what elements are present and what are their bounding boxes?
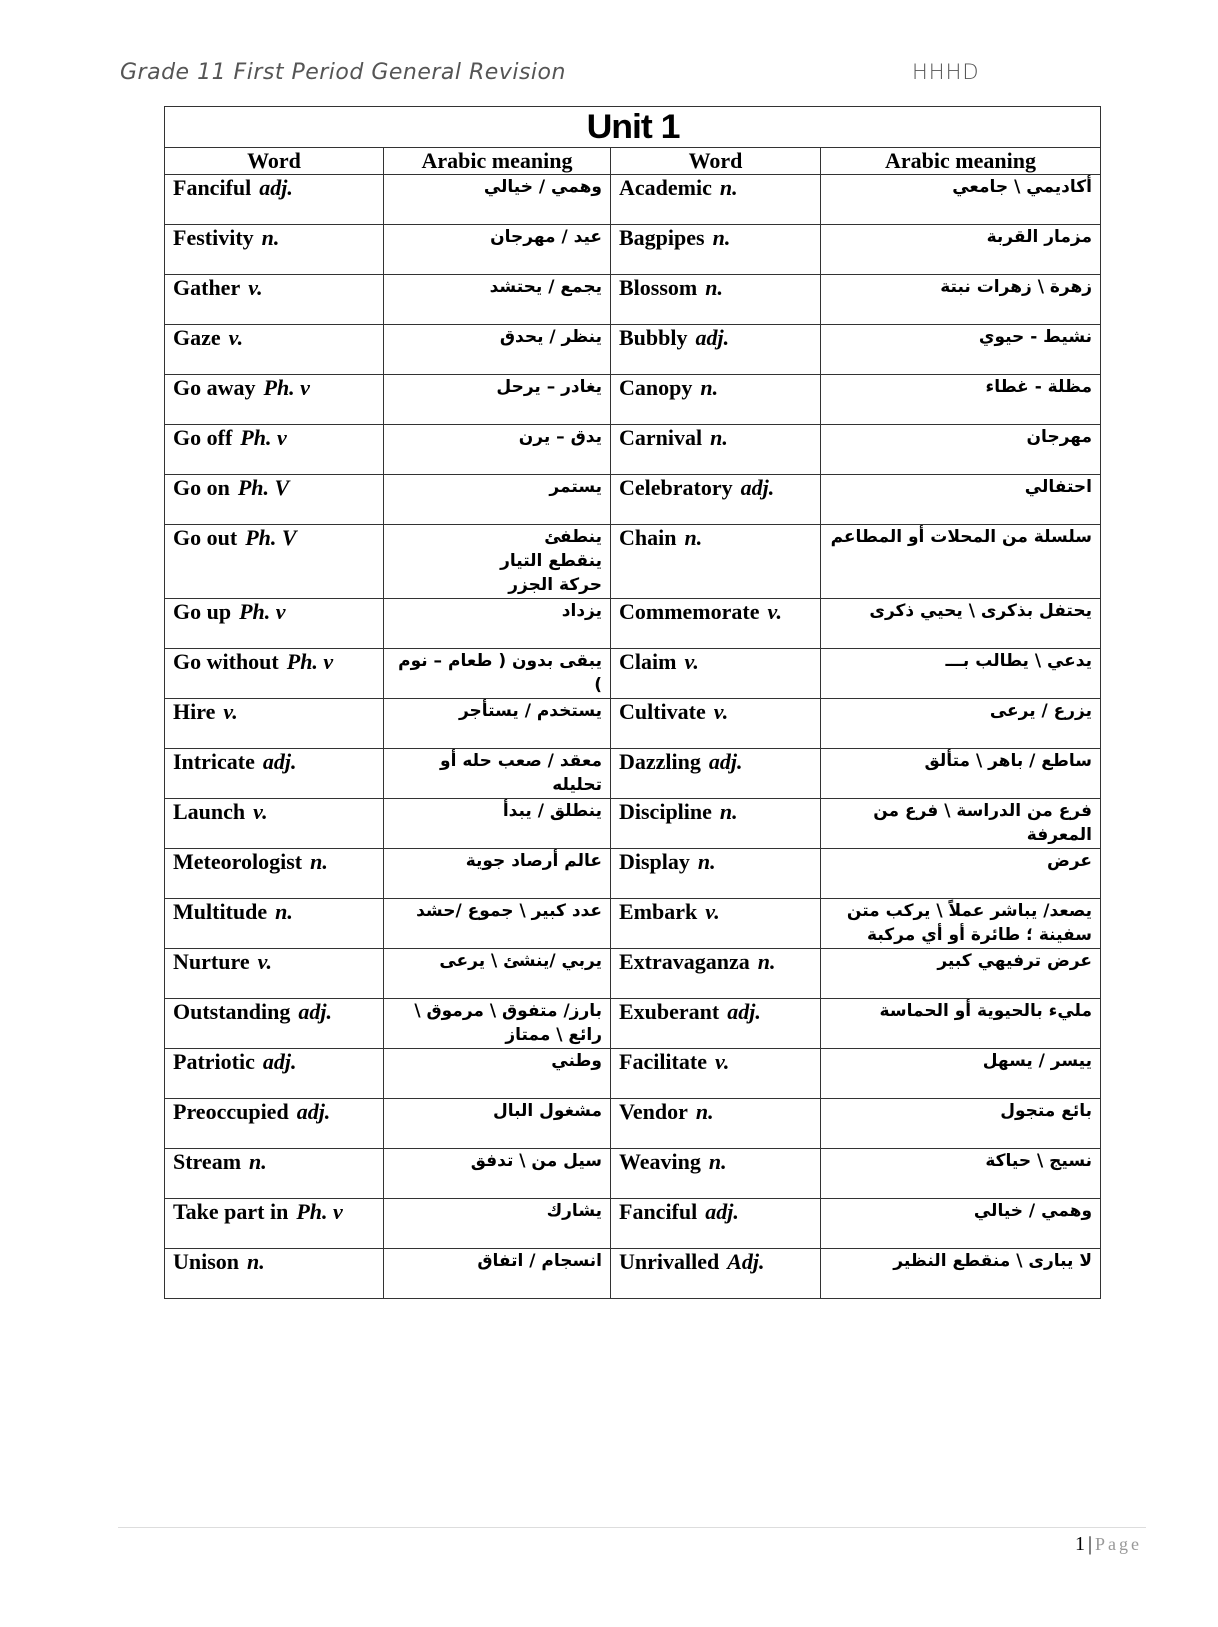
table-row: Patrioticadj.وطنيFacilitatev.ييسر / يسهل — [165, 1049, 1101, 1099]
part-of-speech: Ph. v — [239, 599, 285, 624]
english-word: Celebratory — [619, 475, 733, 500]
arabic-meaning-cell: احتفالي — [821, 475, 1101, 525]
word-cell: Take part inPh. v — [165, 1199, 384, 1249]
table-row: Intricateadj.معقد / صعب حله أو تحليلهDaz… — [165, 749, 1101, 799]
word-cell: Streamn. — [165, 1149, 384, 1199]
english-word: Patriotic — [173, 1049, 255, 1074]
english-word: Go on — [173, 475, 230, 500]
english-word: Blossom — [619, 275, 697, 300]
arabic-meaning-cell: عيد / مهرجان — [384, 225, 611, 275]
arabic-meaning-cell: سلسلة من المحلات أو المطاعم — [821, 525, 1101, 599]
english-word: Weaving — [619, 1149, 701, 1174]
part-of-speech: Ph. V — [238, 475, 289, 500]
english-word: Go off — [173, 425, 232, 450]
table-row: Unisonn.انسجام / اتفاقUnrivalledAdj.لا ي… — [165, 1249, 1101, 1299]
arabic-meaning-cell: بارز/ متفوق \ مرموق \ رائع \ ممتاز — [384, 999, 611, 1049]
english-word: Dazzling — [619, 749, 701, 774]
part-of-speech: v. — [253, 799, 267, 824]
word-cell: Chainn. — [611, 525, 821, 599]
vocabulary-table: Unit 1 Word Arabic meaning Word Arabic m… — [164, 106, 1101, 1299]
word-cell: Dazzlingadj. — [611, 749, 821, 799]
part-of-speech: v. — [229, 325, 243, 350]
word-cell: Multituden. — [165, 899, 384, 949]
arabic-meaning-cell: يدعي \ يطالب بـــ — [821, 649, 1101, 699]
part-of-speech: adj. — [696, 325, 730, 350]
arabic-meaning-cell: لا يبارى \ منقطع النظير — [821, 1249, 1101, 1299]
table-row: Go withoutPh. vيبقى بدون ( طعام – نوم )C… — [165, 649, 1101, 699]
arabic-meaning-cell: ساطع / باهر \ متألق — [821, 749, 1101, 799]
table-row: Go awayPh. vيغادر – يرحلCanopyn.مظلة - غ… — [165, 375, 1101, 425]
english-word: Academic — [619, 175, 712, 200]
english-word: Hire — [173, 699, 215, 724]
part-of-speech: n. — [709, 1149, 727, 1174]
word-cell: Go onPh. V — [165, 475, 384, 525]
word-cell: Gazev. — [165, 325, 384, 375]
word-cell: Academicn. — [611, 175, 821, 225]
part-of-speech: n. — [275, 899, 293, 924]
english-word: Stream — [173, 1149, 241, 1174]
english-word: Vendor — [619, 1099, 688, 1124]
table-row: Preoccupiedadj.مشغول البالVendorn.بائع م… — [165, 1099, 1101, 1149]
table-row: Take part inPh. vيشاركFancifuladj.وهمي /… — [165, 1199, 1101, 1249]
word-cell: Outstandingadj. — [165, 999, 384, 1049]
part-of-speech: v. — [768, 599, 782, 624]
arabic-meaning-cell: سيل من \ تدفق — [384, 1149, 611, 1199]
part-of-speech: n. — [262, 225, 280, 250]
english-word: Canopy — [619, 375, 692, 400]
arabic-meaning-cell: عالم أرصاد جوية — [384, 849, 611, 899]
word-cell: Go awayPh. v — [165, 375, 384, 425]
arabic-meaning-cell: عرض ترفيهي كبير — [821, 949, 1101, 999]
word-cell: Festivityn. — [165, 225, 384, 275]
table-row: Hirev.يستخدم / يستأجرCultivatev.يزرع / ي… — [165, 699, 1101, 749]
word-cell: Go outPh. V — [165, 525, 384, 599]
english-word: Festivity — [173, 225, 254, 250]
footer-divider — [118, 1527, 1146, 1528]
english-word: Gaze — [173, 325, 221, 350]
part-of-speech: v. — [714, 699, 728, 724]
part-of-speech: adj. — [259, 175, 293, 200]
part-of-speech: Ph. v — [296, 1199, 342, 1224]
arabic-meaning-cell: يزداد — [384, 599, 611, 649]
table-row: Gazev.ينظر / يحدقBubblyadj.نشيط - حيوي — [165, 325, 1101, 375]
word-cell: Launchv. — [165, 799, 384, 849]
english-word: Claim — [619, 649, 676, 674]
arabic-meaning-cell: ينظر / يحدق — [384, 325, 611, 375]
english-word: Go out — [173, 525, 237, 550]
arabic-meaning-cell: مشغول البال — [384, 1099, 611, 1149]
arabic-meaning-cell: معقد / صعب حله أو تحليله — [384, 749, 611, 799]
part-of-speech: adj. — [727, 999, 761, 1024]
arabic-meaning-cell: نشيط - حيوي — [821, 325, 1101, 375]
arabic-meaning-cell: مزمار القربة — [821, 225, 1101, 275]
english-word: Commemorate — [619, 599, 760, 624]
arabic-meaning-cell: يدق – يرن — [384, 425, 611, 475]
word-cell: Canopyn. — [611, 375, 821, 425]
part-of-speech: n. — [698, 849, 716, 874]
page-number: 1 — [1075, 1533, 1085, 1555]
arabic-meaning-cell: أكاديمي \ جامعي — [821, 175, 1101, 225]
part-of-speech: n. — [247, 1249, 265, 1274]
english-word: Launch — [173, 799, 245, 824]
arabic-meaning-cell: يغادر – يرحل — [384, 375, 611, 425]
table-row: Meteorologistn.عالم أرصاد جويةDisplayn.ع… — [165, 849, 1101, 899]
part-of-speech: n. — [720, 175, 738, 200]
table-row: Go onPh. VيستمرCelebratoryadj.احتفالي — [165, 475, 1101, 525]
part-of-speech: v. — [258, 949, 272, 974]
english-word: Facilitate — [619, 1049, 707, 1074]
page-footer: 1|Page — [1075, 1533, 1142, 1556]
word-cell: Nurturev. — [165, 949, 384, 999]
word-cell: UnrivalledAdj. — [611, 1249, 821, 1299]
table-row: Festivityn.عيد / مهرجانBagpipesn.مزمار ا… — [165, 225, 1101, 275]
author-initials: HHHD — [912, 60, 980, 84]
word-cell: Patrioticadj. — [165, 1049, 384, 1099]
english-word: Bubbly — [619, 325, 688, 350]
arabic-meaning-cell: يبقى بدون ( طعام – نوم ) — [384, 649, 611, 699]
word-cell: Displayn. — [611, 849, 821, 899]
english-word: Discipline — [619, 799, 712, 824]
part-of-speech: n. — [710, 425, 728, 450]
arabic-meaning-cell: مظلة - غطاء — [821, 375, 1101, 425]
part-of-speech: n. — [684, 525, 702, 550]
document-title: Grade 11 First Period General Revision — [120, 60, 566, 85]
table-row: Go offPh. vيدق – يرنCarnivaln.مهرجان — [165, 425, 1101, 475]
word-cell: Fancifuladj. — [611, 1199, 821, 1249]
part-of-speech: n. — [720, 799, 738, 824]
part-of-speech: n. — [696, 1099, 714, 1124]
arabic-meaning-cell: ييسر / يسهل — [821, 1049, 1101, 1099]
arabic-meaning-cell: مهرجان — [821, 425, 1101, 475]
part-of-speech: Ph. v — [287, 649, 333, 674]
arabic-meaning-cell: زهرة \ زهرات نبتة — [821, 275, 1101, 325]
part-of-speech: adj. — [705, 1199, 739, 1224]
word-cell: Hirev. — [165, 699, 384, 749]
page-label: Page — [1095, 1534, 1142, 1554]
english-word: Go up — [173, 599, 231, 624]
part-of-speech: n. — [700, 375, 718, 400]
english-word: Embark — [619, 899, 697, 924]
word-cell: Bagpipesn. — [611, 225, 821, 275]
word-cell: Disciplinen. — [611, 799, 821, 849]
english-word: Carnival — [619, 425, 702, 450]
english-word: Unison — [173, 1249, 239, 1274]
word-cell: Go offPh. v — [165, 425, 384, 475]
word-cell: Gatherv. — [165, 275, 384, 325]
word-cell: Meteorologistn. — [165, 849, 384, 899]
arabic-meaning-cell: يشارك — [384, 1199, 611, 1249]
part-of-speech: v. — [684, 649, 698, 674]
part-of-speech: n. — [249, 1149, 267, 1174]
arabic-meaning-cell: يصعد/ يباشر عملاً \ يركب متن سفينة ؛ طائ… — [821, 899, 1101, 949]
part-of-speech: n. — [310, 849, 328, 874]
english-word: Fanciful — [619, 1199, 697, 1224]
english-word: Chain — [619, 525, 676, 550]
word-cell: Bubblyadj. — [611, 325, 821, 375]
word-cell: Commemoratev. — [611, 599, 821, 649]
arabic-meaning-cell: يحتفل بذكرى \ يحيي ذكرى — [821, 599, 1101, 649]
part-of-speech: adj. — [297, 1099, 331, 1124]
arabic-meaning-cell: نسيج \ حياكة — [821, 1149, 1101, 1199]
arabic-meaning-cell: يستخدم / يستأجر — [384, 699, 611, 749]
english-word: Nurture — [173, 949, 250, 974]
page-separator: | — [1088, 1533, 1092, 1555]
word-cell: Unisonn. — [165, 1249, 384, 1299]
english-word: Cultivate — [619, 699, 706, 724]
word-cell: Go upPh. v — [165, 599, 384, 649]
arabic-meaning-cell: يزرع / يرعى — [821, 699, 1101, 749]
arabic-meaning-cell: مليء بالحيوية أو الحماسة — [821, 999, 1101, 1049]
word-cell: Extravaganzan. — [611, 949, 821, 999]
table-row: Go outPh. Vينطفئ ينقطع التيار حركة الجزر… — [165, 525, 1101, 599]
word-cell: Vendorn. — [611, 1099, 821, 1149]
part-of-speech: v. — [715, 1049, 729, 1074]
english-word: Go away — [173, 375, 256, 400]
word-cell: Go withoutPh. v — [165, 649, 384, 699]
column-header-arabic-meaning: Arabic meaning — [821, 148, 1101, 175]
word-cell: Celebratoryadj. — [611, 475, 821, 525]
table-row: Multituden.عدد كبير \ جموع /حشدEmbarkv.ي… — [165, 899, 1101, 949]
word-cell: Exuberantadj. — [611, 999, 821, 1049]
word-cell: Carnivaln. — [611, 425, 821, 475]
arabic-meaning-cell: ينطلق / يبدأ — [384, 799, 611, 849]
column-header-arabic-meaning: Arabic meaning — [384, 148, 611, 175]
english-word: Extravaganza — [619, 949, 750, 974]
part-of-speech: adj. — [263, 1049, 297, 1074]
arabic-meaning-cell: وهمي / خيالي — [821, 1199, 1101, 1249]
part-of-speech: n. — [705, 275, 723, 300]
arabic-meaning-cell: يجمع / يحتشد — [384, 275, 611, 325]
part-of-speech: Adj. — [727, 1249, 764, 1274]
page-header: Grade 11 First Period General Revision H… — [120, 60, 1098, 90]
unit-title: Unit 1 — [141, 107, 1124, 148]
column-header-word: Word — [165, 148, 384, 175]
word-cell: Weavingn. — [611, 1149, 821, 1199]
column-header-word: Word — [611, 148, 821, 175]
part-of-speech: Ph. v — [264, 375, 310, 400]
table-row: Streamn.سيل من \ تدفقWeavingn.نسيج \ حيا… — [165, 1149, 1101, 1199]
english-word: Take part in — [173, 1199, 288, 1224]
part-of-speech: v. — [705, 899, 719, 924]
table-row: Launchv.ينطلق / يبدأDisciplinen.فرع من ا… — [165, 799, 1101, 849]
part-of-speech: adj. — [263, 749, 297, 774]
arabic-meaning-cell: عدد كبير \ جموع /حشد — [384, 899, 611, 949]
arabic-meaning-cell: يستمر — [384, 475, 611, 525]
table-row: Nurturev.يربي /ينشئ \ يرعىExtravaganzan.… — [165, 949, 1101, 999]
english-word: Display — [619, 849, 690, 874]
english-word: Unrivalled — [619, 1249, 719, 1274]
english-word: Preoccupied — [173, 1099, 289, 1124]
part-of-speech: Ph. v — [240, 425, 286, 450]
table-row: Outstandingadj.بارز/ متفوق \ مرموق \ رائ… — [165, 999, 1101, 1049]
part-of-speech: adj. — [298, 999, 332, 1024]
part-of-speech: v. — [248, 275, 262, 300]
part-of-speech: n. — [713, 225, 731, 250]
english-word: Go without — [173, 649, 279, 674]
arabic-meaning-cell: يربي /ينشئ \ يرعى — [384, 949, 611, 999]
table-row: Gatherv.يجمع / يحتشدBlossomn.زهرة \ زهرا… — [165, 275, 1101, 325]
english-word: Exuberant — [619, 999, 719, 1024]
table-row: Go upPh. vيزدادCommemoratev.يحتفل بذكرى … — [165, 599, 1101, 649]
english-word: Gather — [173, 275, 240, 300]
word-cell: Fancifuladj. — [165, 175, 384, 225]
word-cell: Facilitatev. — [611, 1049, 821, 1099]
word-cell: Preoccupiedadj. — [165, 1099, 384, 1149]
english-word: Multitude — [173, 899, 267, 924]
english-word: Meteorologist — [173, 849, 302, 874]
arabic-meaning-cell: وهمي / خيالي — [384, 175, 611, 225]
word-cell: Embarkv. — [611, 899, 821, 949]
english-word: Intricate — [173, 749, 255, 774]
english-word: Fanciful — [173, 175, 251, 200]
arabic-meaning-cell: انسجام / اتفاق — [384, 1249, 611, 1299]
part-of-speech: adj. — [709, 749, 743, 774]
part-of-speech: n. — [758, 949, 776, 974]
part-of-speech: adj. — [741, 475, 775, 500]
column-header-row: Word Arabic meaning Word Arabic meaning — [165, 148, 1101, 175]
arabic-meaning-cell: بائع متجول — [821, 1099, 1101, 1149]
english-word: Outstanding — [173, 999, 290, 1024]
word-cell: Claimv. — [611, 649, 821, 699]
english-word: Bagpipes — [619, 225, 705, 250]
part-of-speech: v. — [223, 699, 237, 724]
arabic-meaning-cell: عرض — [821, 849, 1101, 899]
arabic-meaning-cell: وطني — [384, 1049, 611, 1099]
part-of-speech: Ph. V — [245, 525, 296, 550]
word-cell: Cultivatev. — [611, 699, 821, 749]
arabic-meaning-cell: ينطفئ ينقطع التيار حركة الجزر — [384, 525, 611, 599]
word-cell: Blossomn. — [611, 275, 821, 325]
word-cell: Intricateadj. — [165, 749, 384, 799]
arabic-meaning-cell: فرع من الدراسة \ فرع من المعرفة — [821, 799, 1101, 849]
table-row: Fancifuladj.وهمي / خياليAcademicn.أكاديم… — [165, 175, 1101, 225]
